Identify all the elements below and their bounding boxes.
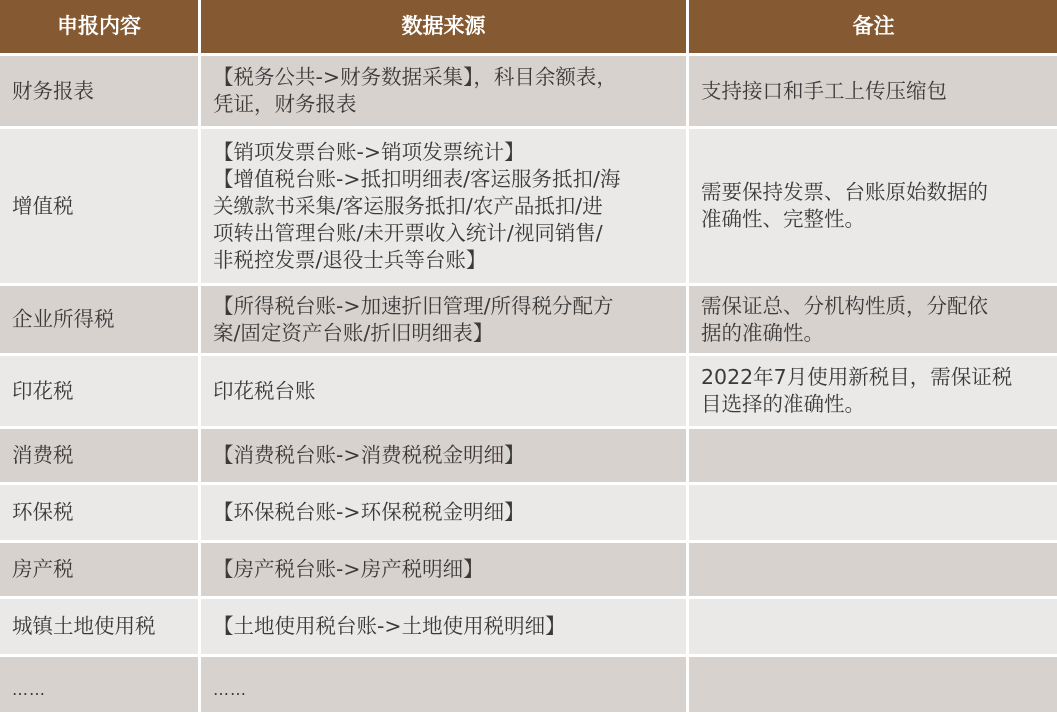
- row-property-tax-item: 房产税: [0, 543, 198, 596]
- note-line: 准确性、完整性。: [701, 206, 865, 233]
- row-financial-statements-item: 财务报表: [0, 56, 198, 126]
- row-land-use-tax-item: 城镇土地使用税: [0, 599, 198, 654]
- header-remarks: 备注: [689, 0, 1057, 53]
- row-consumption-tax-note: [689, 429, 1057, 482]
- source-line: 凭证，财务报表: [213, 91, 357, 118]
- row-environmental-tax-item: 环保税: [0, 485, 198, 540]
- row-environmental-tax-note: [689, 485, 1057, 540]
- row-corporate-income-tax-source: 【所得税台账->加速折旧管理/所得税分配方 案/固定资产台账/折旧明细表】: [201, 286, 686, 353]
- source-line: 【销项发票台账->销项发票统计】: [213, 139, 525, 166]
- row-vat-note: 需要保持发票、台账原始数据的 准确性、完整性。: [689, 129, 1057, 283]
- row-consumption-tax-item: 消费税: [0, 429, 198, 482]
- source-line: 项转出管理台账/未开票收入统计/视同销售/: [213, 220, 603, 247]
- source-line: 【增值税台账->抵扣明细表/客运服务抵扣/海: [213, 166, 620, 193]
- row-vat-item: 增值税: [0, 129, 198, 283]
- row-stamp-tax-source: 印花税台账: [201, 356, 686, 426]
- source-line: 案/固定资产台账/折旧明细表】: [213, 320, 493, 347]
- note-line: 2022年7月使用新税目，需保证税: [701, 364, 1012, 391]
- tax-declaration-table: 申报内容 数据来源 备注 财务报表 【税务公共->财务数据采集】，科目余额表， …: [0, 0, 1057, 714]
- source-line: 【税务公共->财务数据采集】，科目余额表，: [213, 64, 617, 91]
- row-corporate-income-tax-item: 企业所得税: [0, 286, 198, 353]
- note-line: 目选择的准确性。: [701, 391, 865, 418]
- row-financial-statements-source: 【税务公共->财务数据采集】，科目余额表， 凭证，财务报表: [201, 56, 686, 126]
- row-vat-source: 【销项发票台账->销项发票统计】 【增值税台账->抵扣明细表/客运服务抵扣/海 …: [201, 129, 686, 283]
- row-more-note: [689, 657, 1057, 712]
- row-environmental-tax-source: 【环保税台账->环保税税金明细】: [201, 485, 686, 540]
- row-land-use-tax-note: [689, 599, 1057, 654]
- row-property-tax-source: 【房产税台账->房产税明细】: [201, 543, 686, 596]
- row-stamp-tax-note: 2022年7月使用新税目，需保证税 目选择的准确性。: [689, 356, 1057, 426]
- row-land-use-tax-source: 【土地使用税台账->土地使用税明细】: [201, 599, 686, 654]
- row-stamp-tax-item: 印花税: [0, 356, 198, 426]
- source-line: 关缴款书采集/客运服务抵扣/农产品抵扣/进: [213, 193, 603, 220]
- header-data-source: 数据来源: [201, 0, 686, 53]
- row-property-tax-note: [689, 543, 1057, 596]
- note-line: 需要保持发票、台账原始数据的: [701, 179, 988, 206]
- row-more-item: ……: [0, 657, 198, 712]
- row-more-source: ……: [201, 657, 686, 712]
- source-line: 【所得税台账->加速折旧管理/所得税分配方: [213, 293, 613, 320]
- note-line: 据的准确性。: [701, 320, 824, 347]
- row-corporate-income-tax-note: 需保证总、分机构性质，分配依 据的准确性。: [689, 286, 1057, 353]
- note-line: 支持接口和手工上传压缩包: [701, 78, 947, 105]
- row-financial-statements-note: 支持接口和手工上传压缩包: [689, 56, 1057, 126]
- row-consumption-tax-source: 【消费税台账->消费税税金明细】: [201, 429, 686, 482]
- source-line: 非税控发票/退役士兵等台账】: [213, 247, 486, 274]
- note-line: 需保证总、分机构性质，分配依: [701, 293, 988, 320]
- header-declaration-content: 申报内容: [0, 0, 198, 53]
- source-line: 印花税台账: [213, 378, 316, 405]
